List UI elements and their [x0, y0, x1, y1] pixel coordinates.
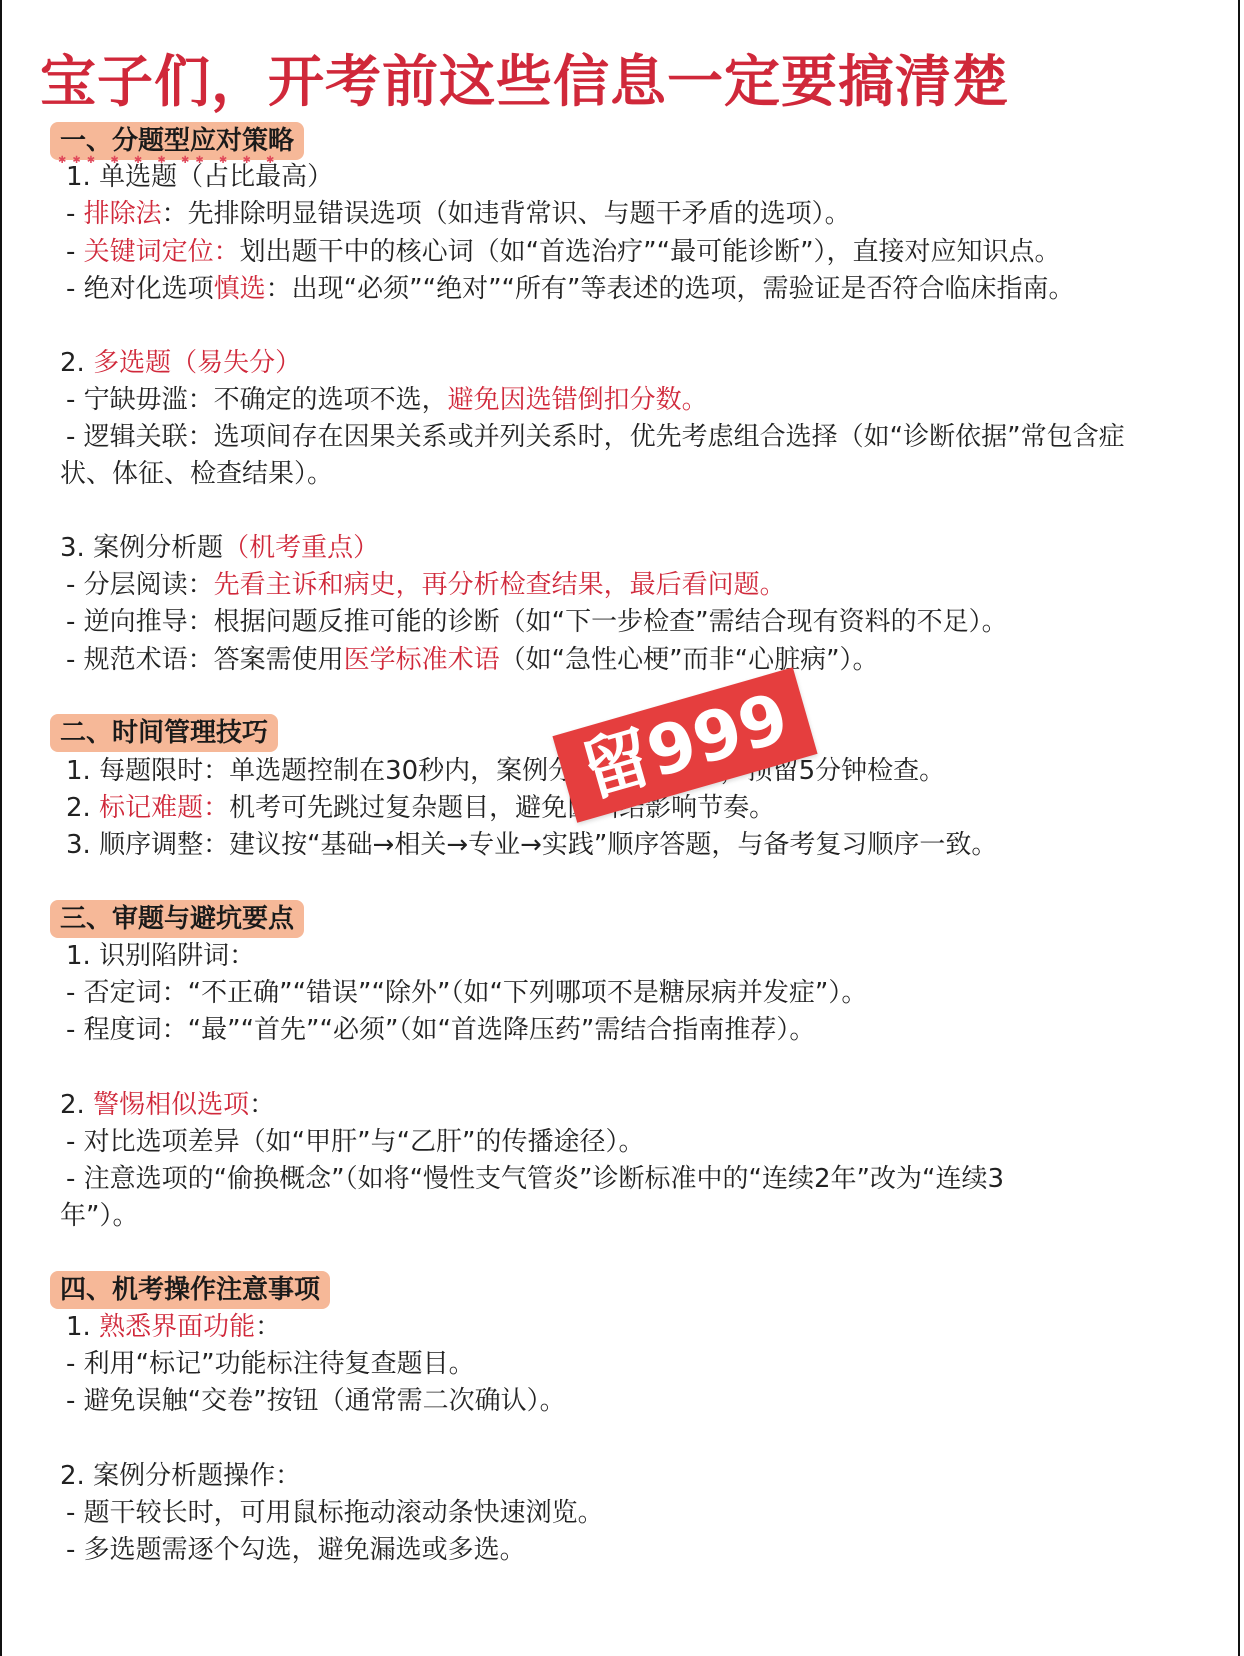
- text-line: - 宁缺毋滥：不确定的选项不选，避免因选错倒扣分数。: [66, 381, 708, 419]
- text-line: - 逆向推导：根据问题反推可能的诊断（如“下一步检查”需结合现有资料的不足）。: [66, 603, 1008, 641]
- text-line: - 避免误触“交卷”按钮（通常需二次确认）。: [66, 1382, 566, 1420]
- body-text: - 注意选项的“偷换概念”（如将“慢性支气管炎”诊断标准中的“连续2年”改为“连…: [66, 1164, 1004, 1194]
- text-line: - 逻辑关联：选项间存在因果关系或并列关系时，优先考虑组合选择（如“诊断依据”常…: [66, 418, 1125, 456]
- text-line: - 绝对化选项慎选：出现“必须”“绝对”“所有”等表述的选项，需验证是否符合临床…: [66, 270, 1075, 308]
- body-text: - 逻辑关联：选项间存在因果关系或并列关系时，优先考虑组合选择（如“诊断依据”常…: [66, 422, 1125, 452]
- section-heading: 四、机考操作注意事项: [50, 1271, 330, 1309]
- text-line: - 规范术语：答案需使用医学标准术语（如“急性心梗”而非“心脏病”）。: [66, 641, 879, 679]
- text-line: - 分层阅读：先看主诉和病史，再分析检查结果，最后看问题。: [66, 566, 786, 604]
- highlight-text: （机考重点）: [223, 533, 379, 563]
- body-text: - 程度词：“最”“首先”“必须”（如“首选降压药”需结合指南推荐）。: [66, 1015, 815, 1045]
- text-line: 3. 顺序调整：建议按“基础→相关→专业→实践”顺序答题，与备考复习顺序一致。: [66, 826, 997, 864]
- body-text: 2.: [60, 348, 93, 378]
- body-text: 2.: [66, 793, 99, 823]
- text-line: - 注意选项的“偷换概念”（如将“慢性支气管炎”诊断标准中的“连续2年”改为“连…: [66, 1160, 1004, 1198]
- section-heading: 二、时间管理技巧: [50, 714, 278, 752]
- body-text: ：: [255, 1312, 281, 1342]
- highlight-text: 慎选: [214, 274, 266, 304]
- body-text: -: [66, 199, 84, 229]
- body-text: -: [66, 237, 84, 267]
- text-line: 2. 警惕相似选项：: [60, 1086, 275, 1124]
- body-text: - 题干较长时，可用鼠标拖动滚动条快速浏览。: [66, 1498, 604, 1528]
- text-line: - 题干较长时，可用鼠标拖动滚动条快速浏览。: [66, 1494, 604, 1532]
- body-text: 1. 单选题（占比最高）: [66, 162, 333, 192]
- body-text: ：先排除明显错误选项（如违背常识、与题干矛盾的选项）。: [162, 199, 851, 229]
- body-text: - 利用“标记”功能标注待复查题目。: [66, 1349, 475, 1379]
- highlight-text: 多选题（易失分）: [93, 348, 301, 378]
- body-text: - 逆向推导：根据问题反推可能的诊断（如“下一步检查”需结合现有资料的不足）。: [66, 607, 1008, 637]
- highlight-text: 熟悉界面功能: [99, 1312, 255, 1342]
- highlight-text: 医学标准术语: [344, 645, 500, 675]
- text-line: - 否定词：“不正确”“错误”“除外”（如“下列哪项不是糖尿病并发症”）。: [66, 974, 867, 1012]
- section-heading: 三、审题与避坑要点: [50, 900, 304, 938]
- body-text: - 规范术语：答案需使用: [66, 645, 344, 675]
- text-line: 2. 多选题（易失分）: [60, 344, 301, 382]
- text-line: - 对比选项差异（如“甲肝”与“乙肝”的传播途径）。: [66, 1123, 645, 1161]
- body-text: 机考可先跳过复杂题目，避免因纠结影响节奏。: [229, 793, 775, 823]
- text-line: 1. 每题限时：单选题控制在30秒内，案例分析题2-3分钟，预留5分钟检查。: [66, 752, 945, 790]
- section-heading: 一、分题型应对策略✱✱✱ ✱ ✱ ✱ ✱✱ ✱ ✱ ✱: [50, 122, 304, 160]
- highlight-text: 警惕相似选项: [93, 1090, 249, 1120]
- text-line: 状、体征、检查结果）。: [60, 455, 333, 493]
- body-text: 划出题干中的核心词（如“首选治疗”“最可能诊断”），直接对应知识点。: [240, 237, 1061, 267]
- body-text: 2. 案例分析题操作：: [60, 1461, 301, 1491]
- text-line: 1. 单选题（占比最高）: [66, 158, 333, 196]
- body-text: 3. 案例分析题: [60, 533, 223, 563]
- body-text: 年”）。: [60, 1201, 138, 1231]
- text-line: 2. 案例分析题操作：: [60, 1457, 301, 1495]
- body-text: - 绝对化选项: [66, 274, 214, 304]
- body-text: - 分层阅读：: [66, 570, 214, 600]
- text-line: - 程度词：“最”“首先”“必须”（如“首选降压药”需结合指南推荐）。: [66, 1011, 815, 1049]
- text-line: 1. 识别陷阱词：: [66, 937, 255, 975]
- page-title: 宝子们，开考前这些信息一定要搞清楚: [40, 50, 1009, 116]
- text-line: - 排除法：先排除明显错误选项（如违背常识、与题干矛盾的选项）。: [66, 195, 851, 233]
- body-text: ：出现“必须”“绝对”“所有”等表述的选项，需验证是否符合临床指南。: [266, 274, 1075, 304]
- body-text: （如“急性心梗”而非“心脏病”）。: [500, 645, 879, 675]
- highlight-text: 先看主诉和病史，再分析检查结果，最后看问题。: [214, 570, 786, 600]
- body-text: - 否定词：“不正确”“错误”“除外”（如“下列哪项不是糖尿病并发症”）。: [66, 978, 867, 1008]
- text-line: - 利用“标记”功能标注待复查题目。: [66, 1345, 475, 1383]
- highlight-text: 关键词定位：: [84, 237, 240, 267]
- text-line: - 多选题需逐个勾选，避免漏选或多选。: [66, 1531, 526, 1569]
- body-text: - 多选题需逐个勾选，避免漏选或多选。: [66, 1535, 526, 1565]
- text-line: 年”）。: [60, 1197, 138, 1235]
- highlight-text: 排除法: [84, 199, 162, 229]
- body-text: 1.: [66, 1312, 99, 1342]
- body-text: 3. 顺序调整：建议按“基础→相关→专业→实践”顺序答题，与备考复习顺序一致。: [66, 830, 997, 860]
- text-line: - 关键词定位：划出题干中的核心词（如“首选治疗”“最可能诊断”），直接对应知识…: [66, 233, 1061, 271]
- highlight-text: 标记难题：: [99, 793, 229, 823]
- body-text: 状、体征、检查结果）。: [60, 459, 333, 489]
- text-line: 3. 案例分析题（机考重点）: [60, 529, 379, 567]
- text-line: 1. 熟悉界面功能：: [66, 1308, 281, 1346]
- body-text: 1. 识别陷阱词：: [66, 941, 255, 971]
- body-text: 1. 每题限时：单选题控制在30秒内，案例分析题2-3分钟，预留5分钟检查。: [66, 756, 945, 786]
- body-text: - 避免误触“交卷”按钮（通常需二次确认）。: [66, 1386, 566, 1416]
- body-text: - 宁缺毋滥：不确定的选项不选，: [66, 385, 448, 415]
- body-text: 2.: [60, 1090, 93, 1120]
- body-text: - 对比选项差异（如“甲肝”与“乙肝”的传播途径）。: [66, 1127, 645, 1157]
- body-text: ：: [249, 1090, 275, 1120]
- highlight-text: 避免因选错倒扣分数。: [448, 385, 708, 415]
